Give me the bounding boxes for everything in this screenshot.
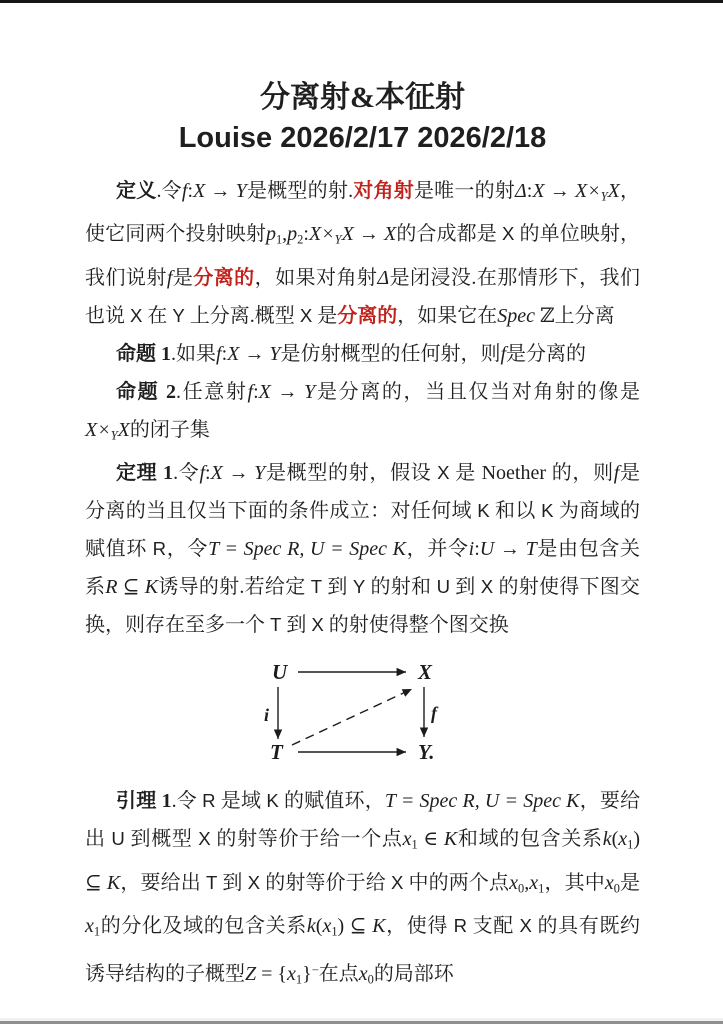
page-subtitle: Louise 2026/2/17 2026/2/18	[85, 118, 640, 158]
arrow-T-to-X-dashed	[292, 689, 412, 745]
paragraph-proposition-2: 命题 2.任意射f:X → Y是分离的，当且仅当对角射的像是X×YX的闭子集	[85, 373, 640, 454]
paragraph-definition: 定义.令f:X → Y是概型的射.对角射是唯一的射Δ:X → X×YX，使它同两…	[85, 172, 640, 335]
document-page: 分离射&本征射 Louise 2026/2/17 2026/2/18 定义.令f…	[0, 0, 723, 1024]
diagram-node-T: T	[270, 740, 284, 764]
document-content: 分离射&本征射 Louise 2026/2/17 2026/2/18 定义.令f…	[85, 78, 640, 998]
photo-bottom-edge	[0, 1018, 723, 1024]
diagram-node-Y: Y.	[418, 740, 435, 764]
diagram-label-f: f	[431, 703, 439, 723]
paragraph-theorem-1: 定理 1.令f:X → Y是概型的射，假设 X 是 Noether 的，则f是分…	[85, 454, 640, 644]
diagram-node-U: U	[272, 660, 289, 684]
commutative-diagram-svg: U X T Y. i f	[258, 653, 468, 771]
commutative-diagram: U X T Y. i f	[85, 646, 640, 778]
photo-top-edge	[0, 0, 723, 3]
paragraph-lemma-1: 引理 1.令 R 是域 K 的赋值环，T = Spec R, U = Spec …	[85, 782, 640, 998]
paragraph-proposition-1: 命题 1.如果f:X → Y是仿射概型的任何射，则f是分离的	[85, 335, 640, 373]
page-title: 分离射&本征射	[85, 78, 640, 118]
diagram-label-i: i	[264, 705, 269, 725]
diagram-node-X: X	[417, 660, 433, 684]
